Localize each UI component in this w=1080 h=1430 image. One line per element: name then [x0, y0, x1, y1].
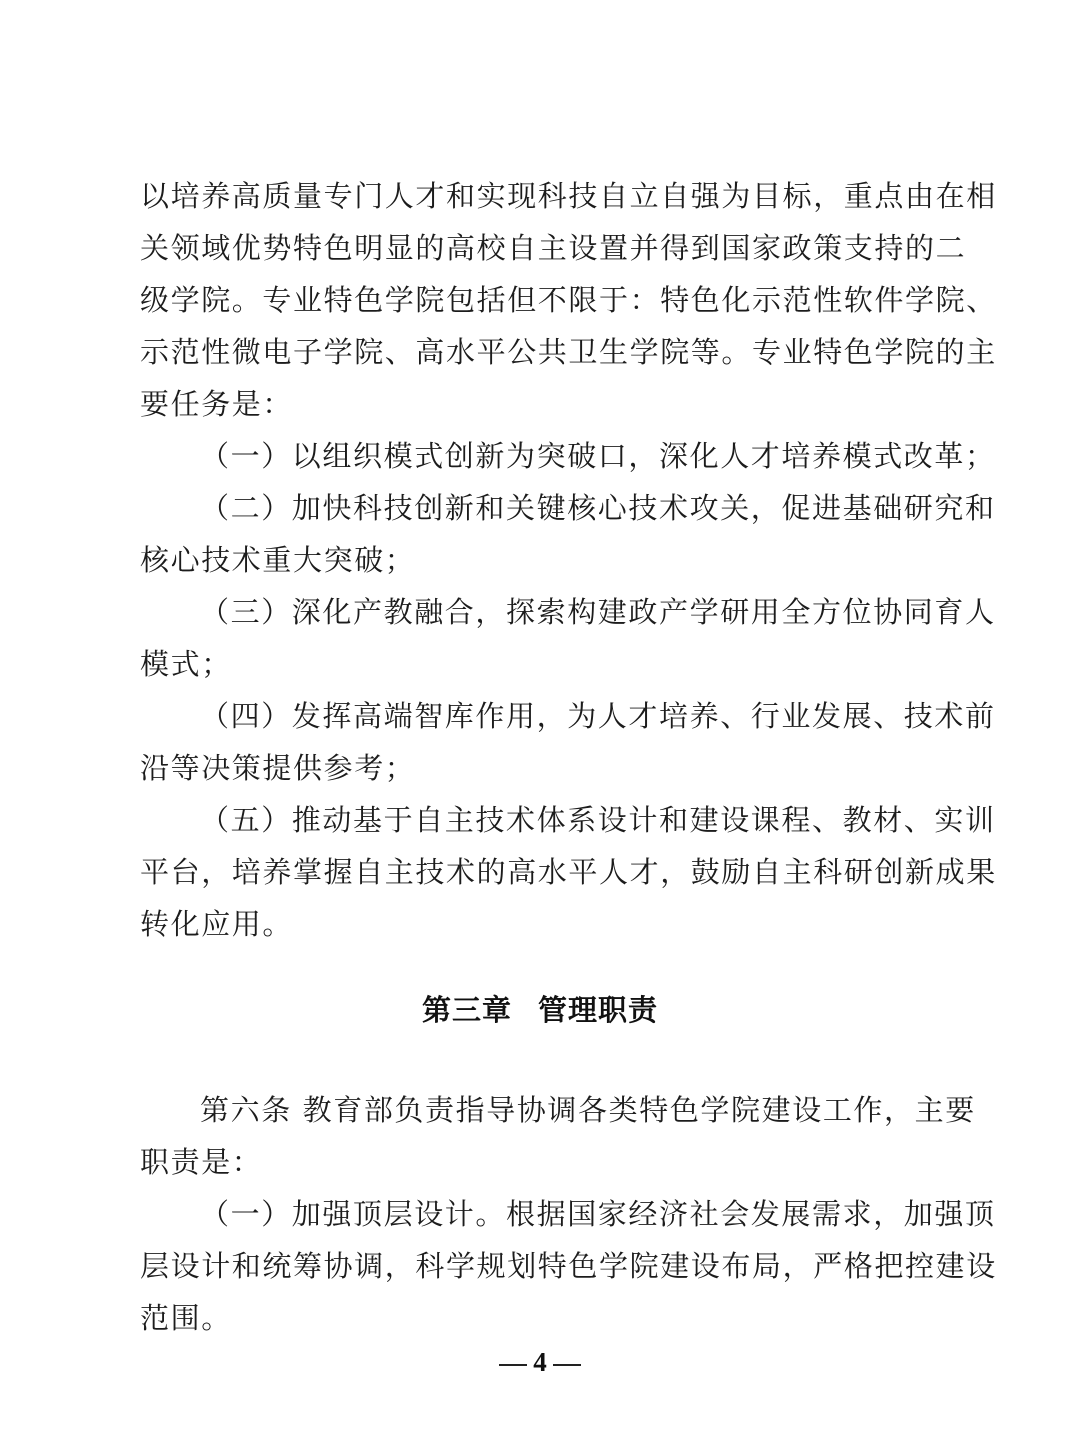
text-line: 沿等决策提供参考；	[140, 742, 945, 794]
dash-left	[499, 1364, 527, 1366]
text-line: 转化应用。	[140, 898, 945, 950]
text-line: 职责是：	[140, 1136, 945, 1188]
chapter-number: 第三章	[422, 993, 512, 1027]
text-line: 模式；	[140, 638, 945, 690]
text-line: 核心技术重大突破；	[140, 534, 945, 586]
dash-right	[553, 1364, 581, 1366]
chapter-heading: 第三章管理职责	[0, 984, 1080, 1036]
chapter-title: 管理职责	[538, 993, 658, 1027]
list-item-task-1: （一）以组织模式创新为突破口，深化人才培养模式改革；	[200, 430, 945, 482]
text-line: 要任务是：	[140, 378, 945, 430]
list-item-task-3: （三）深化产教融合，探索构建政产学研用全方位协同育人	[200, 586, 945, 638]
text-line: 以培养高质量专门人才和实现科技自立自强为目标，重点由在相	[140, 170, 945, 222]
text-line: 平台，培养掌握自主技术的高水平人才，鼓励自主科研创新成果	[140, 846, 945, 898]
document-page: 以培养高质量专门人才和实现科技自立自强为目标，重点由在相 关领域优势特色明显的高…	[0, 0, 1080, 1430]
text-line: 范围。	[140, 1292, 945, 1344]
page-number: 4	[0, 1342, 1080, 1382]
article-6-heading-line: 第六条 教育部负责指导协调各类特色学院建设工作，主要	[200, 1084, 945, 1136]
list-item-task-5: （五）推动基于自主技术体系设计和建设课程、教材、实训	[200, 794, 945, 846]
list-item-task-4: （四）发挥高端智库作用，为人才培养、行业发展、技术前	[200, 690, 945, 742]
list-item-task-2: （二）加快科技创新和关键核心技术攻关，促进基础研究和	[200, 482, 945, 534]
text-line: 关领域优势特色明显的高校自主设置并得到国家政策支持的二	[140, 222, 945, 274]
page-number-value: 4	[533, 1347, 547, 1377]
text-line: 层设计和统筹协调，科学规划特色学院建设布局，严格把控建设	[140, 1240, 945, 1292]
list-item-duty-1: （一）加强顶层设计。根据国家经济社会发展需求，加强顶	[200, 1188, 945, 1240]
text-line: 示范性微电子学院、高水平公共卫生学院等。专业特色学院的主	[140, 326, 945, 378]
text-line: 级学院。专业特色学院包括但不限于：特色化示范性软件学院、	[140, 274, 945, 326]
